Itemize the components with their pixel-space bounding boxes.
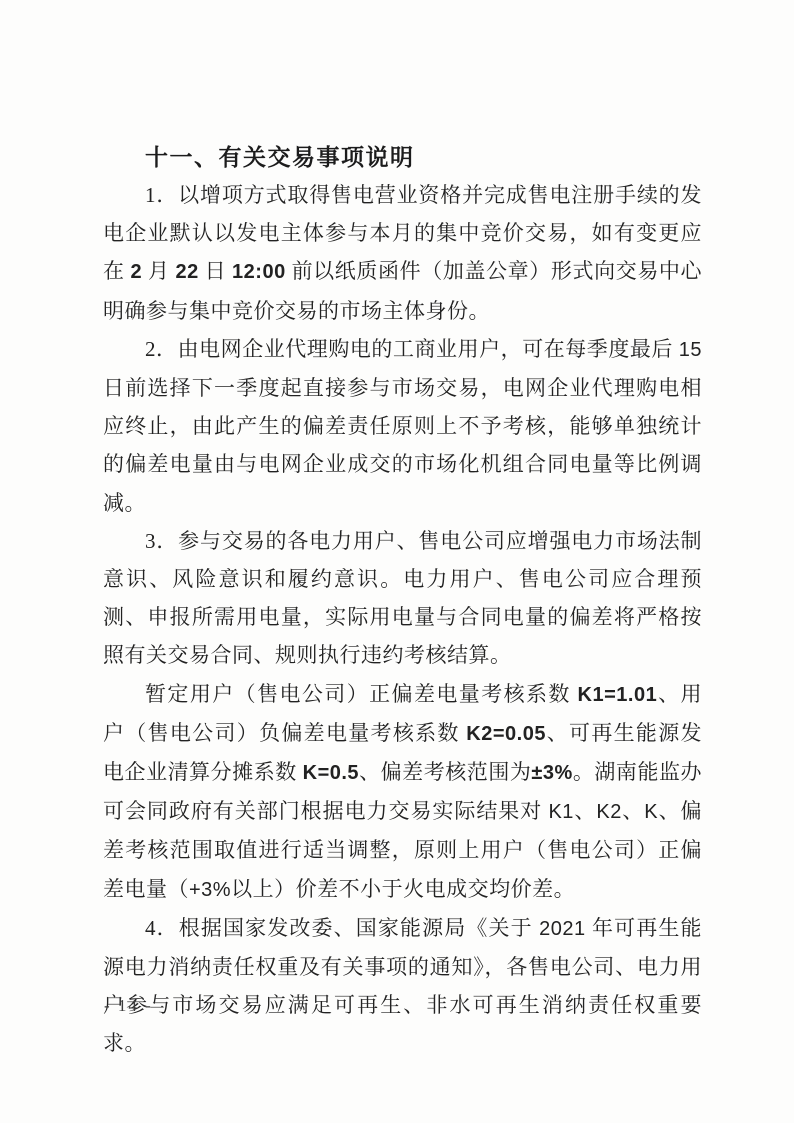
text-segment: 、 xyxy=(574,799,596,823)
section-heading: 十一、有关交易事项说明 xyxy=(145,139,415,172)
text-segment: K1=1.01 xyxy=(578,684,658,706)
text-segment: 15 xyxy=(679,339,702,361)
text-segment: 日前选择下一季度起直接参与市场交易，电网企业代理购电相应终止，由此产生的偏差责任… xyxy=(103,376,702,515)
text-segment: 以上）价差不小于火电成交均价差。 xyxy=(231,877,575,901)
text-segment: 暂定用户（售电公司）正偏差电量考核系数 xyxy=(145,682,578,706)
text-segment: 月 xyxy=(142,259,175,283)
paragraph: 3．参与交易的各电力用户、售电公司应增强电力市场法制意识、风险意识和履约意识。电… xyxy=(103,522,702,675)
text-segment: K2=0.05 xyxy=(466,723,546,745)
text-segment: 4．根据国家发改委、国家能源局《关于 xyxy=(145,916,539,940)
text-segment: 、 xyxy=(622,799,644,823)
paragraph: 4．根据国家发改委、国家能源局《关于 2021 年可再生能源电力消纳责任权重及有… xyxy=(103,909,702,1063)
text-segment: K2 xyxy=(596,801,621,823)
text-segment: +3% xyxy=(189,879,231,901)
text-segment: 2 xyxy=(130,261,142,283)
paragraph: 2．由电网企业代理购电的工商业用户，可在每季度最后 15 日前选择下一季度起直接… xyxy=(103,330,702,522)
text-segment: 3．参与交易的各电力用户、售电公司应增强电力市场法制意识、风险意识和履约意识。电… xyxy=(103,529,702,668)
text-segment: ±3% xyxy=(531,762,572,784)
text-segment: K=0.5 xyxy=(303,762,359,784)
text-segment: 日 xyxy=(199,259,232,283)
page-number: - 14 - xyxy=(104,996,153,1016)
text-segment: 2．由电网企业代理购电的工商业用户，可在每季度最后 xyxy=(145,337,679,361)
text-segment: 、偏差考核范围为 xyxy=(359,760,531,784)
paragraph: 暂定用户（售电公司）正偏差电量考核系数 K1=1.01、用户（售电公司）负偏差电… xyxy=(103,675,702,909)
text-segment: K xyxy=(644,801,658,823)
document-body: 1．以增项方式取得售电营业资格并完成售电注册手续的发电企业默认以发电主体参与本月… xyxy=(103,176,702,1063)
document-page: 十一、有关交易事项说明 1．以增项方式取得售电营业资格并完成售电注册手续的发电企… xyxy=(0,0,794,1123)
text-segment: K1 xyxy=(548,801,573,823)
text-segment: 22 xyxy=(175,261,198,283)
text-segment: 2021 xyxy=(539,918,586,940)
text-segment: 12:00 xyxy=(232,261,286,283)
paragraph: 1．以增项方式取得售电营业资格并完成售电注册手续的发电企业默认以发电主体参与本月… xyxy=(103,176,702,330)
